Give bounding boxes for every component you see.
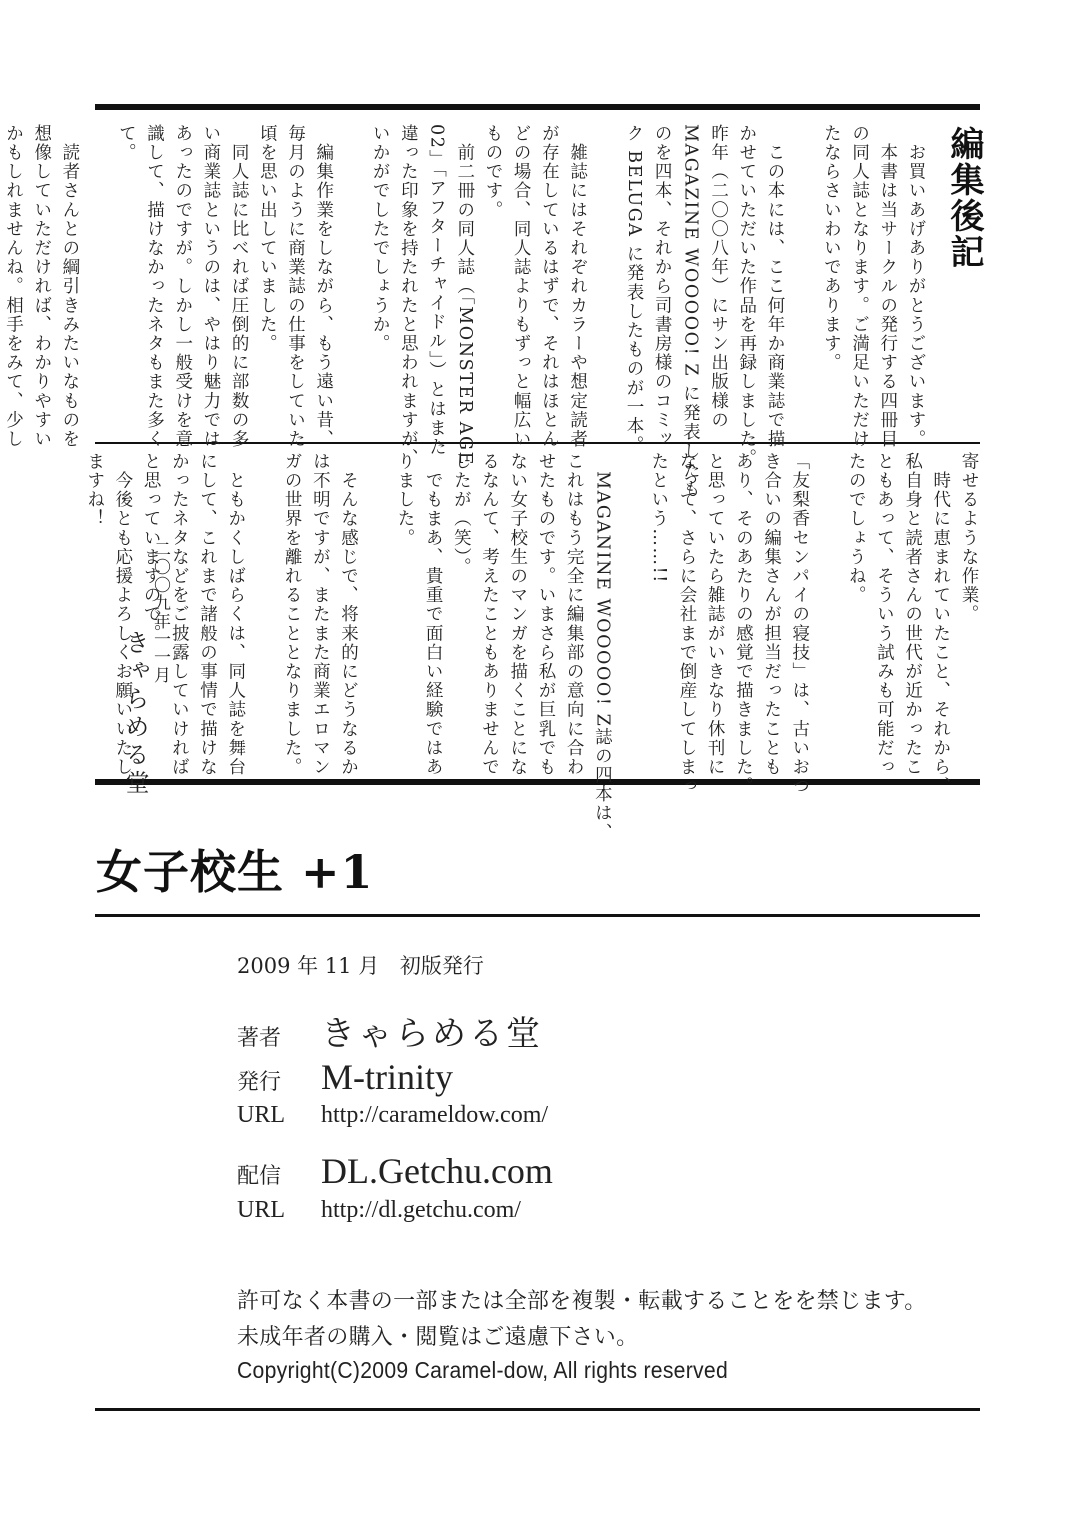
afterword-column: この本には、ここ何年か商業誌で描 [761,124,789,434]
afterword-column: ともあって、そういう試みも可能だっ [870,452,898,772]
credit-label: 発行 [237,1065,321,1096]
edition-line: 2009 年 11 月 初版発行 [237,950,498,980]
afterword-column: これはもう完全に編集部の意向に合わ [560,452,588,772]
afterword-column: かせていただいた作品を再録しました。 [733,124,761,434]
afterword-column: 寄せるような作業。 [955,452,983,772]
afterword-column: ク BELUGA に発表したものが一本。 [620,124,648,434]
afterword-column: MAGANINE WOOOOO! Z誌の四本は、 [588,452,616,772]
afterword-column: りました。 [391,452,419,772]
afterword-column: 読者さんとの綱引きみたいなものを [56,124,84,434]
afterword-column: たという……!! [645,452,673,772]
afterword-column: ともかくしばらくは、同人誌を舞台 [222,452,250,772]
afterword-column: 想像していただければ、わかりやすい [28,124,56,434]
afterword-column: ガの世界を離れることとなりました。 [278,452,306,772]
edition-label: 初版発行 [400,954,484,978]
afterword-column: が存在しているはずで、それはほとん [535,124,563,434]
author-name: きゃらめる堂 [321,1006,543,1055]
signature-name: きゃらめる堂 [118,630,153,798]
afterword-top-block: お買いあげありがとうございます。 本書は当サークルの発行する四冊目の同人誌となり… [0,124,930,434]
copy-prohibition-notice: 許可なく本書の一部または全部を複製・転載することをを禁じます。 [237,1284,927,1315]
afterword-column: るなんて、考えたこともありませんで [475,452,503,772]
afterword-column: き合いの編集さんが担当だったことも [757,452,785,772]
afterword-column: 雑誌にはそれぞれカラーや想定読者 [563,124,591,434]
afterword-column: 02」「アフターチャイドル」）とはまた [422,124,450,434]
footer-rule [95,1408,980,1411]
distributor-url-link[interactable]: http://dl.getchu.com/ [321,1197,521,1224]
book-title: 女子校生 +1 [96,836,374,902]
afterword-column: でもまあ、貴重で面白い経験ではあ [419,452,447,772]
afterword-column: MAGAZINE WOOOOO! Z に発表したも [676,124,704,434]
afterword-column: は不明ですが、またまた商業エロマン [306,452,334,772]
afterword-column: お買いあげありがとうございます。 [902,124,930,434]
credit-label: URL [237,1102,321,1129]
copyright-notice: Copyright(C)2009 Caramel-dow, All rights… [237,1357,728,1384]
afterword-column: 毎月のように商業誌の仕事をしていた [281,124,309,434]
afterword-column: 私自身と読者さんの世代が近かったこ [898,452,926,772]
afterword-column: あったのですが。しかし一般受けを意 [169,124,197,434]
edition-date: 2009 年 11 月 [237,954,379,978]
afterword-column: 識して、描けなかったネタもまた多く [140,124,168,434]
credit-label: 配信 [237,1159,321,1190]
afterword-column: そんな感じで、将来的にどうなるか [334,452,362,772]
afterword-column: たならさいわいであります。 [817,124,845,434]
credit-author: 著者 きゃらめる堂 [237,1006,543,1055]
credit-publisher: 発行 M-trinity [237,1056,453,1098]
afterword-column: したが（笑）。 [447,452,475,772]
credit-distributor: 配信 DL.Getchu.com [237,1150,553,1192]
afterword-column: 「友梨香センパイの寝技」は、古いおつ [786,452,814,772]
afterword-column: せたものです。いまさら私が巨乳でも [532,452,560,772]
afterword-column: 違った印象を持たれたと思われますが、 [394,124,422,434]
afterword-heading: 編集後記 [940,126,989,270]
credit-label: URL [237,1197,321,1224]
afterword-bottom-block: 寄せるような作業。 時代に恵まれていたこと、それから、私自身と読者さんの世代が近… [81,452,984,772]
age-restriction-notice: 未成年者の購入・閲覧はご遠慮下さい。 [237,1320,638,1351]
afterword-column: 同人誌に比べれば圧倒的に部数の多 [225,124,253,434]
afterword-column: 本書は当サークルの発行する四冊目 [874,124,902,434]
credit-publisher-url: URL http://carameldow.com/ [237,1102,548,1129]
afterword-column: 頃を思い出していました。 [253,124,281,434]
top-rule [95,104,980,110]
publisher-name: M-trinity [321,1056,453,1098]
middle-rule [95,442,980,444]
afterword-column: かもしれませんね。相手をみて、少し [0,124,28,434]
credit-distributor-url: URL http://dl.getchu.com/ [237,1197,521,1224]
afterword-column: どの場合、同人誌よりもずっと幅広い [507,124,535,434]
title-rule [95,914,980,917]
publisher-url-link[interactable]: http://carameldow.com/ [321,1102,548,1129]
afterword-column: い商業誌というのは、やはり魅力では [197,124,225,434]
credit-label: 著者 [237,1021,321,1052]
afterword-bottom-rule [95,779,980,785]
afterword-column: あり、そのあたりの感覚で描きました。 [729,452,757,772]
afterword-column: と思っていたら雑誌がいきなり休刊に [701,452,729,772]
afterword-column: 編集作業をしながら、もう遠い昔、 [310,124,338,434]
distributor-name: DL.Getchu.com [321,1150,553,1192]
afterword-column: ものです。 [479,124,507,434]
afterword-column: の同人誌となります。ご満足いただけ [845,124,873,434]
afterword-column: 時代に恵まれていたこと、それから、 [927,452,955,772]
afterword-column: たのでしょうね。 [842,452,870,772]
afterword-column: にして、これまで諸般の事情で描けな [193,452,221,772]
afterword-column: ない女子校生のマンガを描くことにな [504,452,532,772]
afterword-column: 前二冊の同人誌（「MONSTER AGE [451,124,479,434]
afterword-column: のを四本、それから司書房様のコミッ [648,124,676,434]
afterword-column: なって、さらに会社まで倒産してしまっ [673,452,701,772]
afterword-column: いかがでしたでしょうか。 [366,124,394,434]
afterword-column: ますね！ [81,452,109,772]
afterword-column: 昨年（二〇〇八年）にサン出版様の [704,124,732,434]
afterword-column: て。 [112,124,140,434]
